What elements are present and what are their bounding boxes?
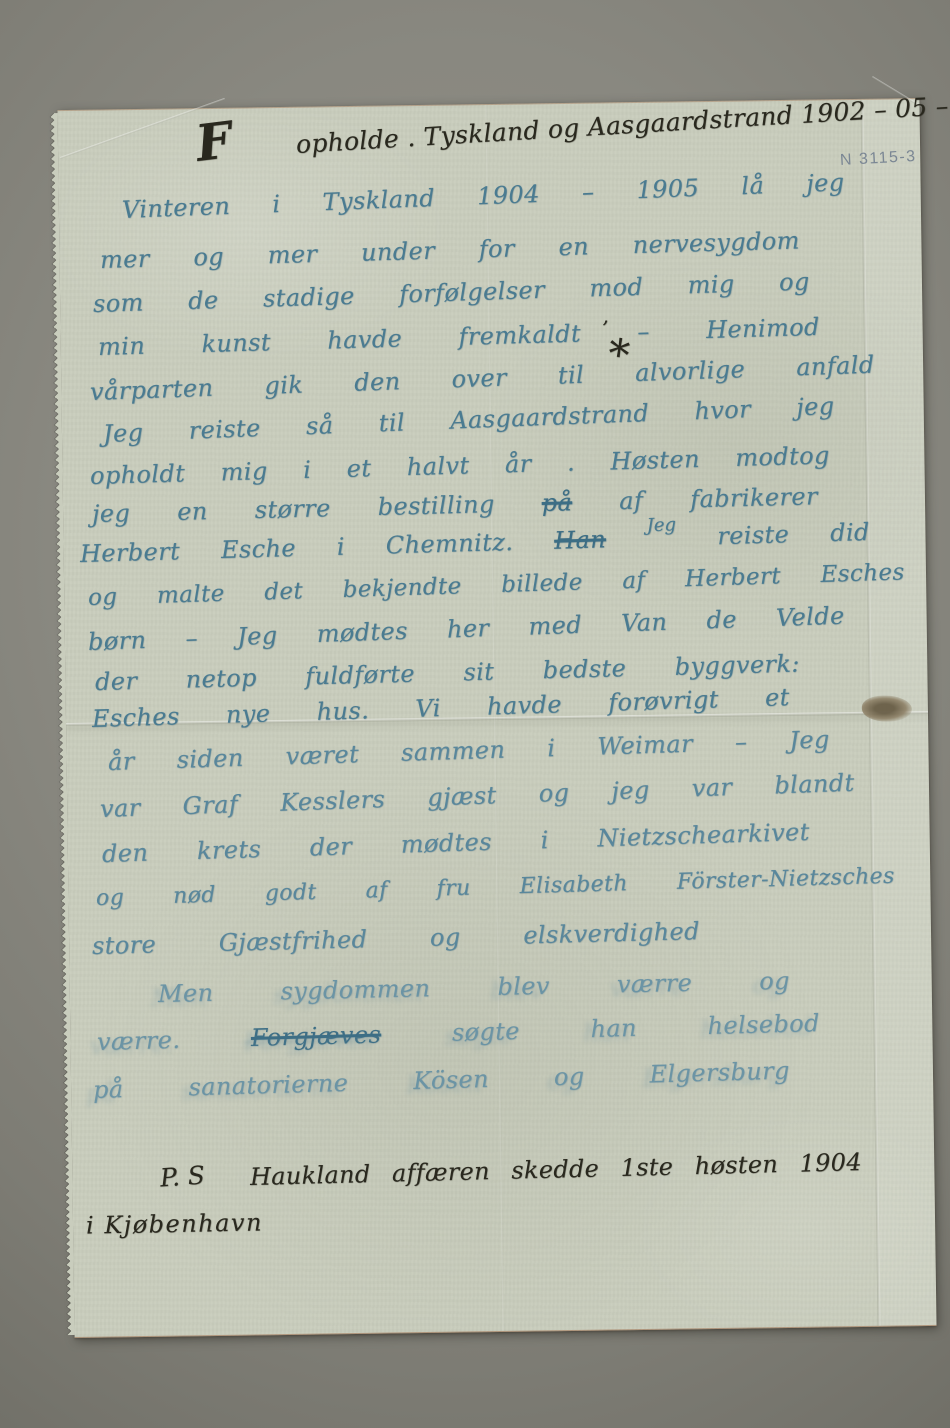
text-segment: store Gjæstfrihed og elskverdighed [92,917,701,960]
handwritten-line: Vinteren i Tyskland 1904 – 1905 lå jeg [121,168,845,224]
text-segment: mer og mer under for en nervesygdom [100,226,801,274]
photo-scene: { "document": { "kind": "handwritten not… [0,0,950,1428]
text-segment: Herbert Esche i Chemnitz. [80,527,555,568]
postscript-label: P. S [159,1160,206,1192]
struck-word: på [541,488,572,517]
handwritten-line: opholdt mig i et halvt år . Høsten modto… [90,441,830,490]
text-segment [606,524,648,553]
handwritten-line: mer og mer under for en nervesygdom [100,226,801,274]
text-segment: Vinteren i Tyskland 1904 – 1905 lå jeg [121,168,845,224]
header-title: opholde . Tyskland og Aasgaardstrand 190… [295,96,874,159]
handwritten-line: var Graf Kesslers gjæst og jeg var bland… [100,769,856,823]
text-segment: søgte han helsebod [381,1009,820,1048]
handwritten-line: som de stadige forfølgelser mod mig og [93,267,811,318]
struck-word: Forgjæves [251,1021,382,1052]
handwritten-line: børn – Jeg mødtes her med Van de Velde [88,602,846,656]
handwriting-layer: F opholde . Tyskland og Aasgaardstrand 1… [0,0,950,1428]
handwritten-line: og nød godt af fru Elisabeth Förster-Nie… [96,864,895,911]
postscript-line-1: Haukland affæren skedde 1ste høsten 1904 [250,1148,863,1191]
handwritten-line: jeg en større bestilling på af fabrikere… [92,482,818,528]
text-segment: jeg en større bestilling [92,489,542,528]
text-segment: år siden været sammen i Weimar – Jeg [108,725,831,776]
text-segment: på sanatorierne Kösen og Elgersburg [93,1057,791,1104]
postscript-line-2: i Kjøbenhavn [86,1208,263,1239]
handwritten-line: år siden været sammen i Weimar – Jeg [108,725,831,776]
struck-word: Han [554,525,607,554]
handwritten-line: Men sygdommen blev værre og [158,967,790,1008]
text-segment: af fabrikerer [572,482,818,516]
text-segment: den krets der mødtes i Nietzschearkivet [102,818,811,868]
text-segment: min kunst havde fremkaldt – Henimod [98,313,821,361]
text-segment: reiste did [676,518,870,551]
handwritten-line: min kunst havde fremkaldt – Henimod [98,313,821,361]
handwritten-line: værre. Forgjæves søgte han helsebod [97,1009,820,1056]
text-segment: værre. [97,1024,252,1056]
text-segment: var Graf Kesslers gjæst og jeg var bland… [100,769,856,823]
handwritten-line: store Gjæstfrihed og elskverdighed [92,917,701,960]
handwritten-line: den krets der mødtes i Nietzschearkivet [102,818,811,868]
text-segment: Men sygdommen blev værre og [158,967,790,1008]
archive-number: N 3115-3 [840,148,917,170]
handwritten-line: Herbert Esche i Chemnitz. Han Jeg reiste… [80,518,870,568]
handwritten-line: på sanatorierne Kösen og Elgersburg [93,1057,791,1104]
inserted-word: Jeg [646,514,676,536]
text-segment: og nød godt af fru Elisabeth Förster-Nie… [96,864,895,911]
header-initial: F [193,110,235,173]
text-segment: opholdt mig i et halvt år . Høsten modto… [90,441,830,490]
text-segment: som de stadige forfølgelser mod mig og [93,267,811,318]
text-segment: børn – Jeg mødtes her med Van de Velde [88,602,846,656]
